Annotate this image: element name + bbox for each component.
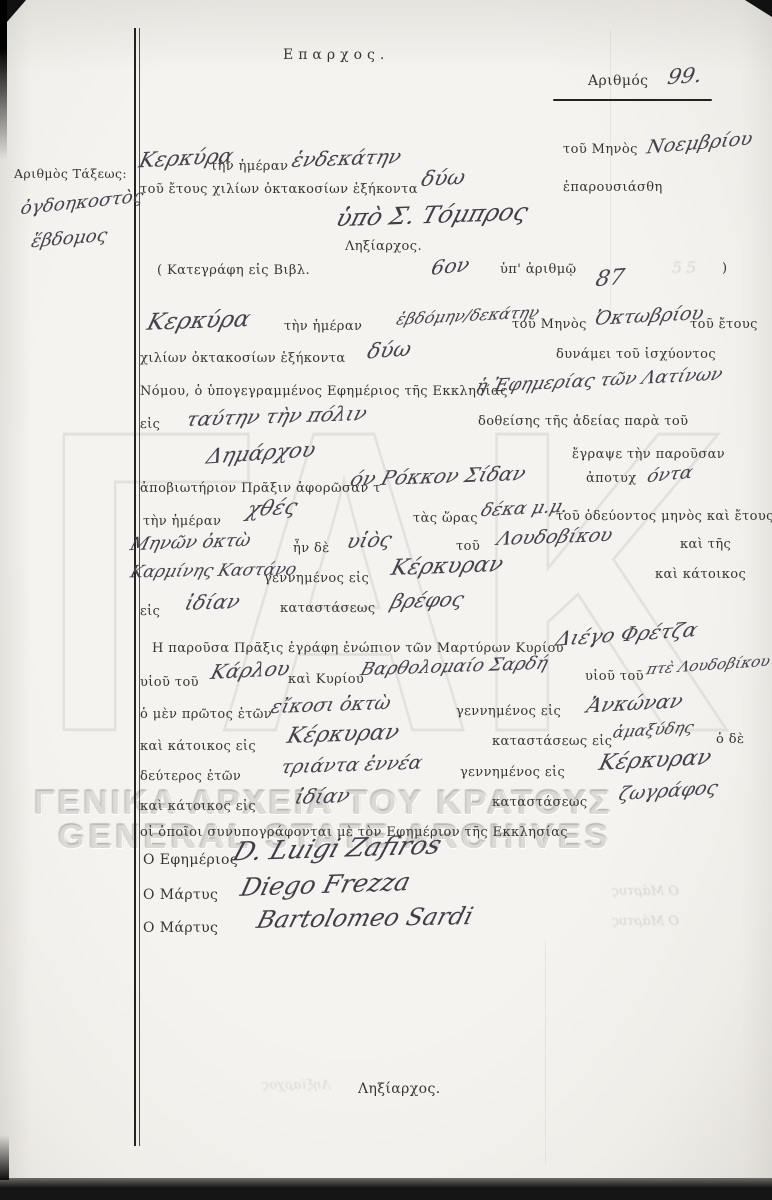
registration-year-label: τοῦ ἔτους χιλίων ὀκτακοσίων ἑξήκοντα [140, 183, 418, 196]
act-died-value: όντα [645, 464, 694, 486]
witness1-born-label: γεννημένος εἰς [456, 705, 561, 718]
registrar-label-bottom: Ληξίαρχος. [358, 1082, 441, 1096]
ghost-registrar: Ληξίαρχος [262, 1078, 331, 1093]
witnesses-intro: Η παροῦσα Πρᾶξις ἐγράφη ἐνώπιον τῶν Μαρτ… [152, 642, 564, 655]
act-act-label: ἀποβιωτήριον Πρᾶξιν ἀφορῶσαν τ [140, 482, 381, 495]
priest-label: Ο Εφημέριος [143, 853, 238, 867]
act-hours-label: τὰς ὥρας [413, 512, 478, 525]
registration-day-value: ἑνδεκάτην [290, 146, 404, 170]
witness2-sign-label: Ο Μάρτυς [143, 921, 218, 935]
act-birthplace-value: Κέρκυραν [389, 554, 506, 580]
act-age-value: Μηνῶν ὀκτὼ [128, 532, 252, 554]
witness2-signature: Bartolomeo Sardi [254, 904, 475, 932]
scan-edge-left [0, 0, 7, 160]
scan-corner-bottom-left [0, 1135, 9, 1180]
witness1-age-label: ὁ μὲν πρῶτος ἐτῶν [140, 708, 272, 721]
act-permission-label: δοθείσης τῆς ἀδείας παρὰ τοῦ [478, 415, 688, 428]
document-page: ΓΑΚ ΓΕΝΙΚΑ ΑΡΧΕΙΑ ΤΟΥ ΚΡΑΤΟΥΣ GENERAL ST… [0, 0, 772, 1200]
act-day-label: τὴν ἡμέραν [284, 320, 362, 333]
scan-band-bottom [0, 1178, 772, 1200]
act-law-line2: Νόμου, ὁ ὑπογεγραμμένος Εφημέριος τῆς Εκ… [140, 385, 508, 398]
second-witness-intro: ὁ δὲ [716, 733, 744, 746]
ghost-number: 55 [672, 258, 700, 277]
act-and-mother-label: καὶ τῆς [680, 538, 731, 551]
act-law-line1: δυνάμει τοῦ ἰσχύοντος [556, 348, 716, 361]
act-resident-label: καὶ κάτοικος [655, 568, 746, 581]
act-status-value: βρέφος [389, 589, 467, 611]
act-relation-value: υἱὸς [345, 529, 394, 551]
act-month-label: τοῦ Μηνὸς [512, 318, 587, 331]
act-death-day-value: χθές [244, 496, 300, 520]
act-deceased-name: όν Ρόκκον Σίδαν [348, 463, 528, 489]
registration-year-value: δύω [419, 167, 467, 190]
ghost-martys-1: Ο Μάρτυς [612, 884, 679, 899]
act-residence-value: ἰδίαν [183, 591, 243, 613]
priest-signature: D. Luigi Zafiros [229, 832, 444, 865]
witness2-age-value: τριάντα ἐννέα [279, 754, 424, 778]
act-died-label: ἀποτυχ [586, 472, 637, 485]
act-year-label1: τοῦ ἔτους [690, 318, 758, 331]
taxis-value-line1: ὀγδοηκοστὸς [19, 188, 144, 218]
act-father-value: Λουδοβίκου [495, 526, 615, 549]
witness2-residence: ἰδίαν [293, 785, 353, 807]
witness1-signature: Diego Frezza [238, 869, 413, 900]
witness1-birthplace: Ἀνκώναν [585, 691, 686, 716]
registration-month-label: τοῦ Μηνὸς [563, 143, 638, 156]
witness2-status-label: καταστάσεως [492, 796, 588, 809]
witness2-son-label: υἱοῦ τοῦ [585, 670, 644, 683]
entry-number-label: ὑπ' ἀριθμῷ [500, 263, 577, 276]
act-at2-label: εἰς [140, 605, 160, 618]
registration-presented-label: ἐπαρουσιάσθη [563, 181, 663, 194]
book-entry-open: ( Κατεγράφη εἰς Βιβλ. [157, 264, 310, 277]
witness2-age-label: δεύτερος ἐτῶν [140, 770, 241, 783]
act-was-label: ἦν δὲ [293, 542, 330, 555]
act-year-value: δύω [365, 339, 413, 363]
act-at-value: ταύτην τὴν πόλιν [184, 403, 369, 429]
witness1-residence: Κέρκυραν [285, 722, 402, 748]
act-of-label: τοῦ [456, 540, 480, 553]
registration-month-value: Νοεμβρίου [645, 130, 754, 158]
taxis-label: Αριθμὸς Τάξεως: [14, 168, 127, 181]
registrar-label-top: Ληξίαρχος. [345, 240, 422, 253]
witness1-age-value: εἴκοσι ὀκτὼ [269, 694, 393, 717]
registrar-signature: ὑπὸ Σ. Τόμπρος [334, 200, 531, 231]
ghost-martys-2: Ο Μάρτυς [612, 914, 679, 929]
act-year-label2: χιλίων ὀκτακοσίων ἑξήκοντα [140, 352, 346, 365]
act-status-label: καταστάσεως [280, 602, 376, 615]
witness1-status-label: καταστάσεως εἰς [492, 735, 612, 748]
arithmos-underline [553, 99, 712, 101]
book-entry-close: ) [722, 262, 727, 275]
act-month-year-label: τοῦ ὁδεύοντος μηνὸς καὶ ἔτους [556, 510, 772, 523]
witness2-birthplace: Κέρκυραν [597, 747, 714, 775]
registration-day-label: τὴν ἡμέραν [210, 160, 288, 173]
act-at-label: εἰς [140, 418, 160, 431]
act-place: Κερκύρα [145, 308, 253, 335]
witness2-born-label: γεννημένος εἰς [460, 766, 565, 779]
witness1-son-label: υἱοῦ τοῦ [140, 676, 199, 689]
act-death-day-label: τὴν ἡμέραν [143, 515, 221, 528]
witness2-resident-label: καὶ κάτοικος εἰς [140, 800, 256, 813]
witness1-sign-label: Ο Μάρτυς [143, 888, 218, 902]
taxis-value-line2: ἕβδομος [30, 227, 109, 251]
arithmos-value: 99. [666, 65, 704, 88]
arithmos-label: Αριθμός [588, 74, 648, 88]
act-wrote-label: ἔγραψε τὴν παροῦσαν [572, 448, 725, 461]
fold-line-bottom [545, 940, 546, 1165]
act-born-label: γεννημένος εἰς [264, 572, 369, 585]
witness2-mr-label: καὶ Κυρίου [288, 673, 364, 686]
eparchos-title: Επαρχος. [283, 48, 389, 62]
entry-number-value: 87 [594, 267, 626, 291]
book-number-value: 6ον [430, 254, 471, 278]
witness1-resident-label: καὶ κάτοικος εἰς [140, 740, 256, 753]
witness1-father: Κάρλου [209, 658, 293, 682]
scan-corner-top-right [745, 0, 772, 17]
